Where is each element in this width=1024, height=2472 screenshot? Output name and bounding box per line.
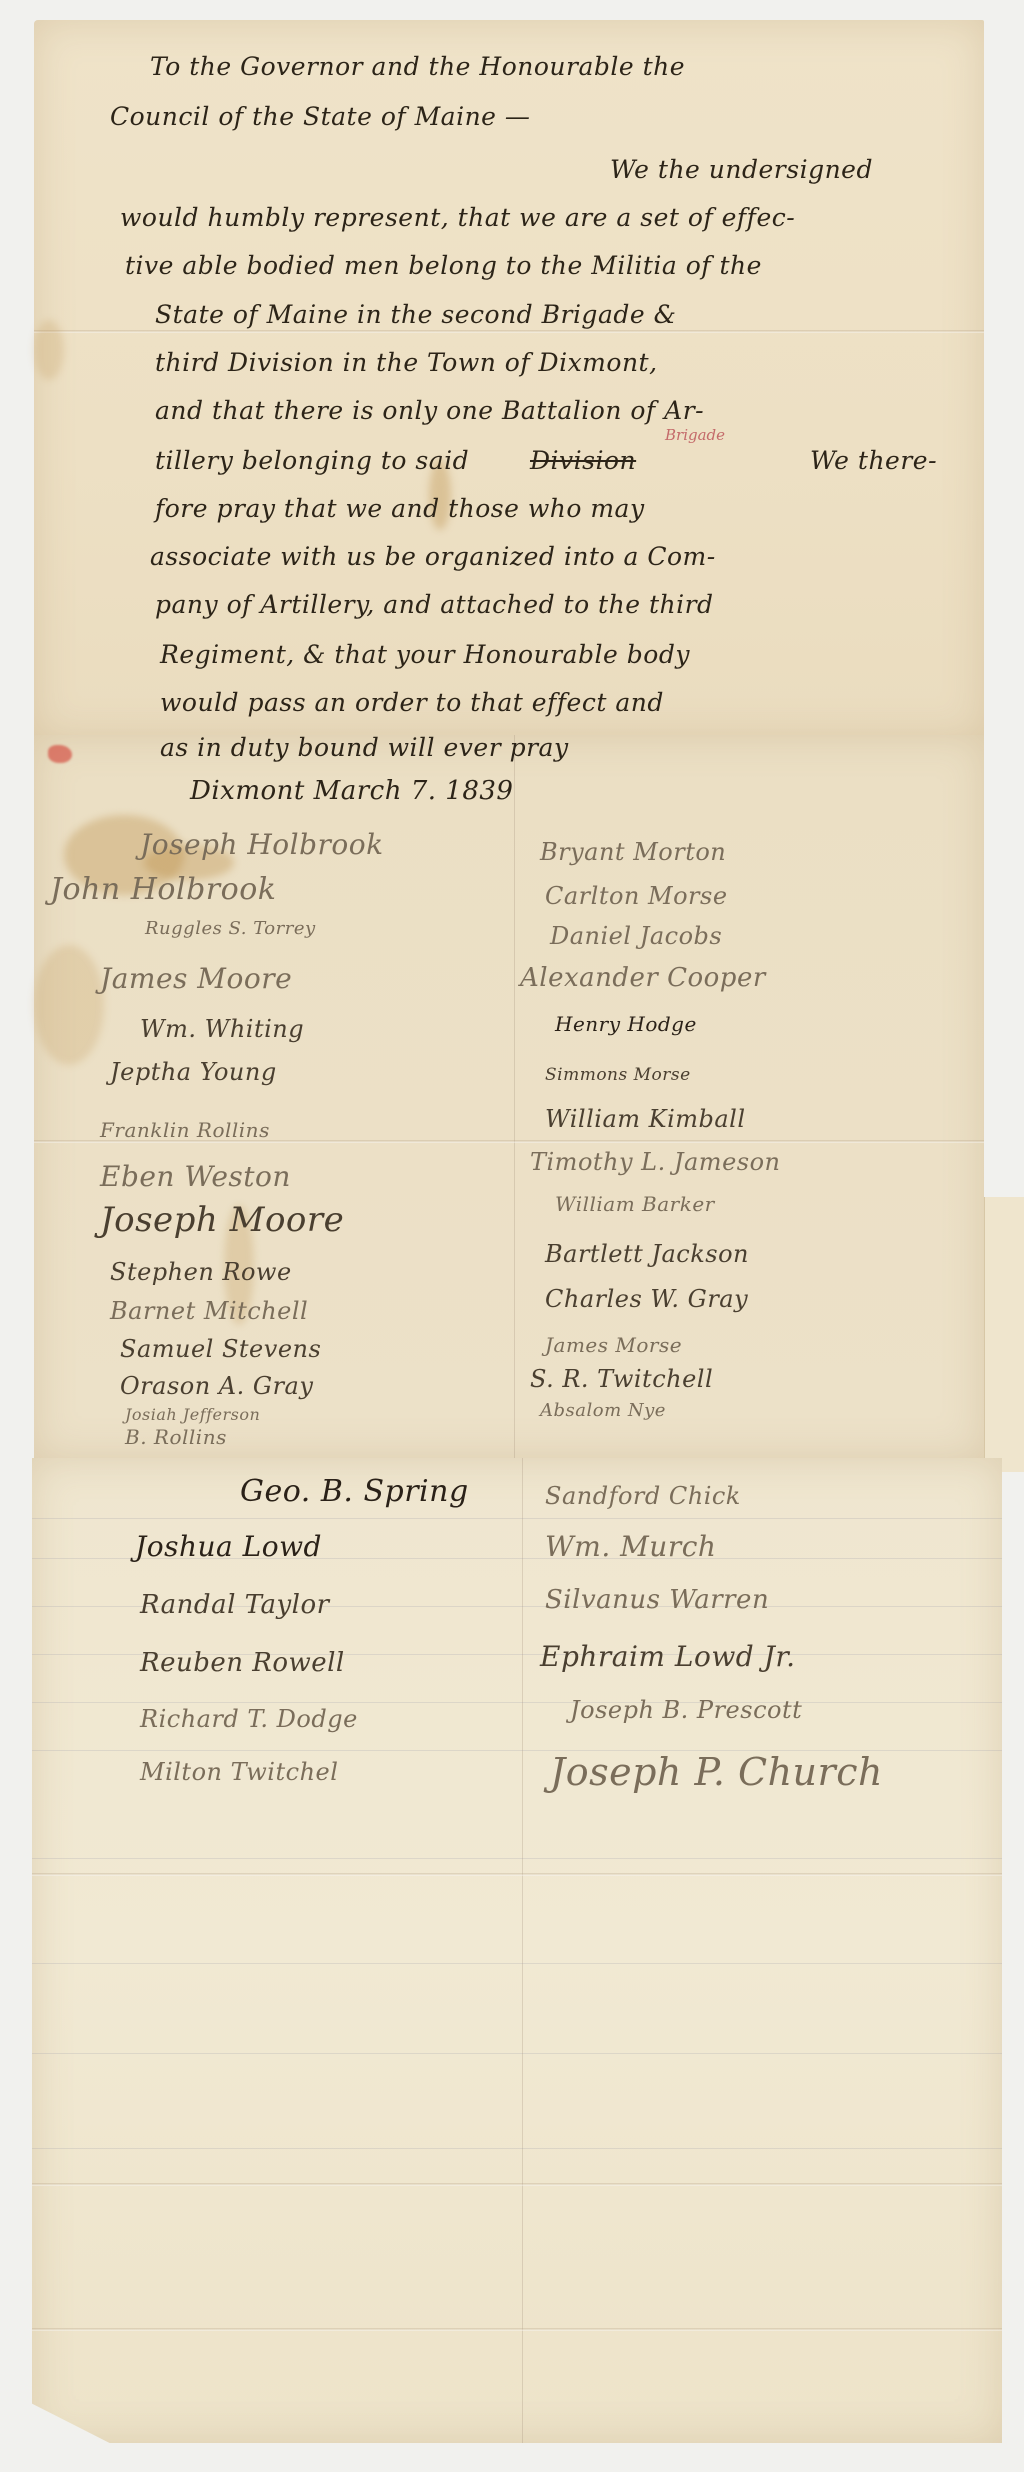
body-line: and that there is only one Battalion of … [155,396,704,425]
fold-line [34,330,984,333]
signature: William Barker [555,1192,715,1216]
body-line: State of Maine in the second Brigade & [155,300,676,329]
body-line: would pass an order to that effect and [160,688,664,717]
body-line: as in duty bound will ever pray [160,733,569,762]
signature: Daniel Jacobs [550,922,722,950]
signature: William Kimball [545,1105,746,1133]
fold-line [32,2328,1002,2331]
signature: Stephen Rowe [110,1258,292,1286]
signature: Joseph Moore [100,1200,344,1240]
signature: Ephraim Lowd Jr. [540,1640,796,1673]
signature: B. Rollins [125,1425,227,1449]
signature: Silvanus Warren [545,1585,769,1615]
signature: Milton Twitchel [140,1758,338,1786]
signature: Simmons Morse [545,1065,691,1085]
signature: Joseph Holbrook [140,828,384,861]
signature: Franklin Rollins [100,1118,270,1142]
signature: Josiah Jefferson [125,1405,260,1424]
interlinear-correction: Brigade [665,426,725,444]
signature: Henry Hodge [555,1012,697,1036]
signature: Eben Weston [100,1160,291,1193]
signature: Ruggles S. Torrey [145,918,316,939]
signature: Wm. Murch [545,1530,716,1563]
body-line: tillery belonging to said [155,446,469,475]
signature: Richard T. Dodge [140,1705,358,1733]
signature: Alexander Cooper [520,963,766,993]
body-line: We there- [810,446,937,475]
body-line: We the undersigned [610,155,873,184]
signature: Wm. Whiting [140,1015,304,1043]
signature: Reuben Rowell [140,1648,345,1678]
signature: Timothy L. Jameson [530,1148,781,1176]
signature: Samuel Stevens [120,1335,321,1363]
struck-word: Division [530,446,636,475]
dateline: Dixmont March 7. 1839 [190,776,513,806]
signature: Bartlett Jackson [545,1240,749,1268]
signature: Charles W. Gray [545,1285,748,1313]
signature: Absalom Nye [540,1400,666,1421]
body-line: third Division in the Town of Dixmont, [155,348,658,377]
fold-line [32,2183,1002,2186]
signature: Joseph B. Prescott [570,1696,802,1724]
signature: Bryant Morton [540,838,726,866]
signature: Joshua Lowd [135,1530,322,1563]
body-line: would humbly represent, that we are a se… [120,203,795,232]
body-line: tive able bodied men belong to the Milit… [125,251,762,280]
signature: Carlton Morse [545,882,728,910]
signature: Joseph P. Church [550,1750,883,1794]
signature: Randal Taylor [140,1590,330,1620]
body-line: associate with us be organized into a Co… [150,542,716,571]
signature: Sandford Chick [545,1482,741,1510]
signature: Barnet Mitchell [110,1297,308,1325]
body-line: Regiment, & that your Honourable body [160,640,690,669]
water-stain [34,945,104,1065]
address-line-2: Council of the State of Maine — [110,102,530,131]
body-line: fore pray that we and those who may [155,494,645,523]
signature: S. R. Twitchell [530,1365,713,1393]
signature: James Moore [100,962,292,995]
signature: James Morse [545,1333,682,1357]
signature: John Holbrook [50,872,276,907]
body-line: pany of Artillery, and attached to the t… [155,590,714,619]
signature: Orason A. Gray [120,1372,313,1400]
address-line-1: To the Governor and the Honourable the [150,52,685,81]
signature: Geo. B. Spring [240,1474,469,1509]
signature: Jeptha Young [110,1058,277,1086]
ink-stain [34,320,64,380]
fold-line [32,1873,1002,1876]
column-rule [514,735,515,1460]
paper-flap [984,1197,1024,1472]
red-seal-mark [48,745,72,763]
